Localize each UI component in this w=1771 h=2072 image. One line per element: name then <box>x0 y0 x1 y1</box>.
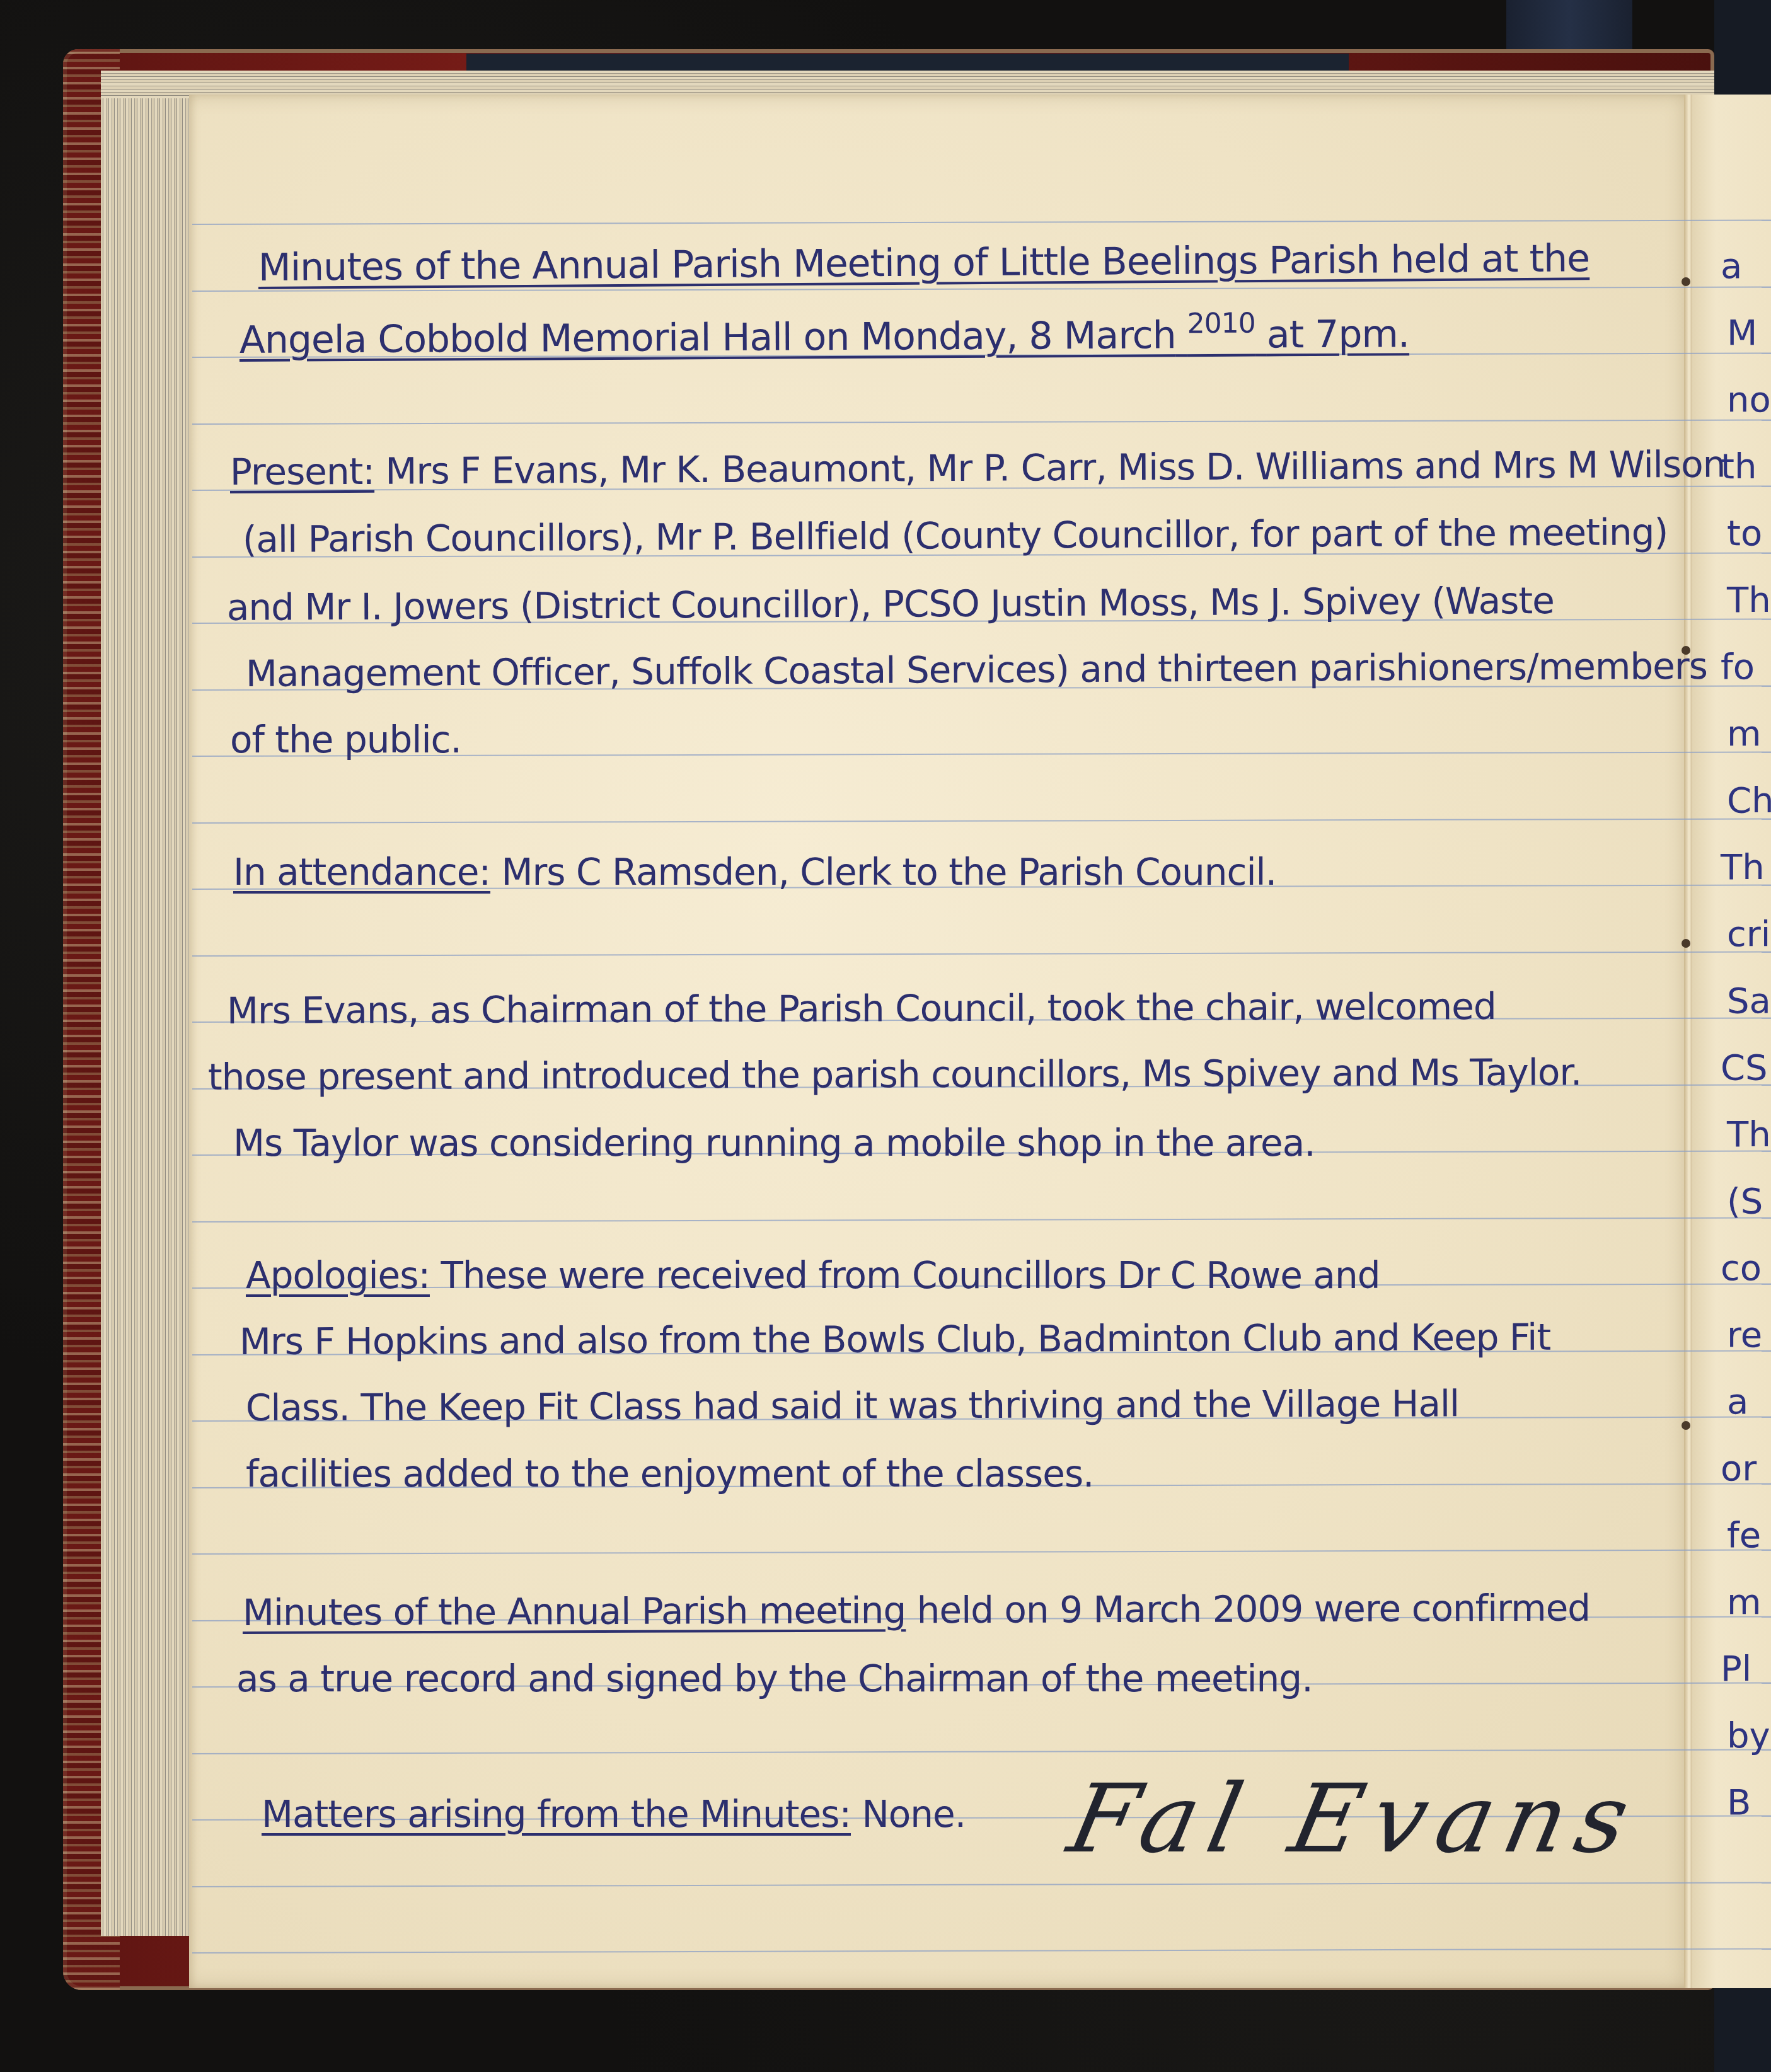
facing-page-fragment: re <box>1727 1315 1762 1355</box>
margin-mark <box>1682 277 1690 286</box>
previous-minutes-line-1: Minutes of the Annual Parish meeting hel… <box>243 1587 1590 1634</box>
matters-arising-label: Matters arising from the Minutes: <box>262 1793 851 1836</box>
apologies-text-1: These were received from Councillors Dr … <box>430 1254 1380 1297</box>
previous-minutes-text-1: held on 9 March 2009 were confirmed <box>906 1587 1590 1632</box>
facing-page-fragment: fe <box>1727 1515 1761 1556</box>
present-names-1: Mrs F Evans, Mr K. Beaumont, Mr P. Carr,… <box>374 443 1726 493</box>
present-line-4: Management Officer, Suffolk Coastal Serv… <box>246 645 1707 695</box>
facing-page-fragment: co <box>1721 1248 1762 1289</box>
in-attendance-text: Mrs C Ramsden, Clerk to the Parish Counc… <box>490 851 1276 894</box>
margin-mark <box>1682 939 1690 948</box>
page-edges-stack <box>101 71 189 1936</box>
facing-page-fragment: Th <box>1721 847 1765 888</box>
in-attendance-label: In attendance: <box>233 851 490 894</box>
apologies-line-2: Mrs F Hopkins and also from the Bowls Cl… <box>239 1316 1550 1363</box>
facing-page-fragment: cri <box>1727 914 1770 955</box>
apologies-line-1: Apologies: These were received from Coun… <box>246 1254 1380 1297</box>
matters-arising-text: None. <box>851 1793 966 1836</box>
facing-page-fragment: Th <box>1727 580 1771 621</box>
facing-page-fragment: by <box>1727 1715 1770 1756</box>
margin-mark <box>1682 1421 1690 1430</box>
present-line-2: (all Parish Councillors), Mr P. Bellfiel… <box>243 510 1668 561</box>
facing-page-fragment: (S <box>1727 1181 1763 1222</box>
title-time: at 7pm. <box>1267 312 1410 357</box>
present-line-3: and Mr I. Jowers (District Councillor), … <box>227 579 1554 629</box>
chairman-line-2: those present and introduced the parish … <box>208 1050 1582 1098</box>
in-attendance-line: In attendance: Mrs C Ramsden, Clerk to t… <box>233 851 1276 894</box>
title-year: 2010 <box>1187 308 1255 340</box>
facing-page-fragment: to <box>1727 513 1762 554</box>
facing-page-fragment: B <box>1727 1782 1751 1823</box>
facing-page-fragment: Pl <box>1721 1649 1751 1689</box>
facing-page-fragment: m <box>1727 713 1762 754</box>
facing-page-fragment: no <box>1727 379 1771 420</box>
title-line-2: Angela Cobbold Memorial Hall on Monday, … <box>239 312 1409 362</box>
present-line-1: Present: Mrs F Evans, Mr K. Beaumont, Mr… <box>230 443 1726 493</box>
facing-page-fragment: M <box>1727 313 1757 354</box>
facing-page-fragment: Th <box>1727 1114 1771 1155</box>
apologies-line-4: facilities added to the enjoyment of the… <box>246 1453 1094 1495</box>
chairman-line-3: Ms Taylor was considering running a mobi… <box>233 1122 1315 1165</box>
present-line-5: of the public. <box>230 718 461 761</box>
matters-arising-line: Matters arising from the Minutes: None. <box>262 1793 966 1836</box>
facing-page-fragment: CS <box>1721 1047 1768 1088</box>
facing-page-fragment: Sa <box>1727 981 1771 1022</box>
previous-minutes-label: Minutes of the Annual Parish meeting <box>243 1589 906 1634</box>
chairman-signature: Fal Evans <box>1060 1764 1649 1874</box>
title-line-1: Minutes of the Annual Parish Meeting of … <box>258 236 1590 290</box>
facing-page-fragment: m <box>1727 1582 1762 1623</box>
chairman-line-1: Mrs Evans, as Chairman of the Parish Cou… <box>227 985 1496 1032</box>
facing-page-fragment: Ch <box>1727 780 1771 821</box>
present-label: Present: <box>230 450 375 493</box>
facing-page-fragment: th <box>1721 446 1757 487</box>
title-venue-date: Angela Cobbold Memorial Hall on Monday, … <box>239 313 1176 362</box>
left-page <box>189 95 1692 1988</box>
facing-page-fragment: a <box>1721 246 1742 287</box>
facing-page <box>1692 95 1771 1988</box>
margin-mark <box>1682 646 1690 655</box>
previous-minutes-line-2: as a true record and signed by the Chair… <box>236 1657 1313 1700</box>
facing-page-fragment: a <box>1727 1381 1748 1422</box>
facing-page-fragment: or <box>1721 1448 1757 1489</box>
apologies-line-3: Class. The Keep Fit Class had said it wa… <box>246 1382 1460 1429</box>
facing-page-fragment: fo <box>1721 647 1755 688</box>
apologies-label: Apologies: <box>246 1254 430 1297</box>
